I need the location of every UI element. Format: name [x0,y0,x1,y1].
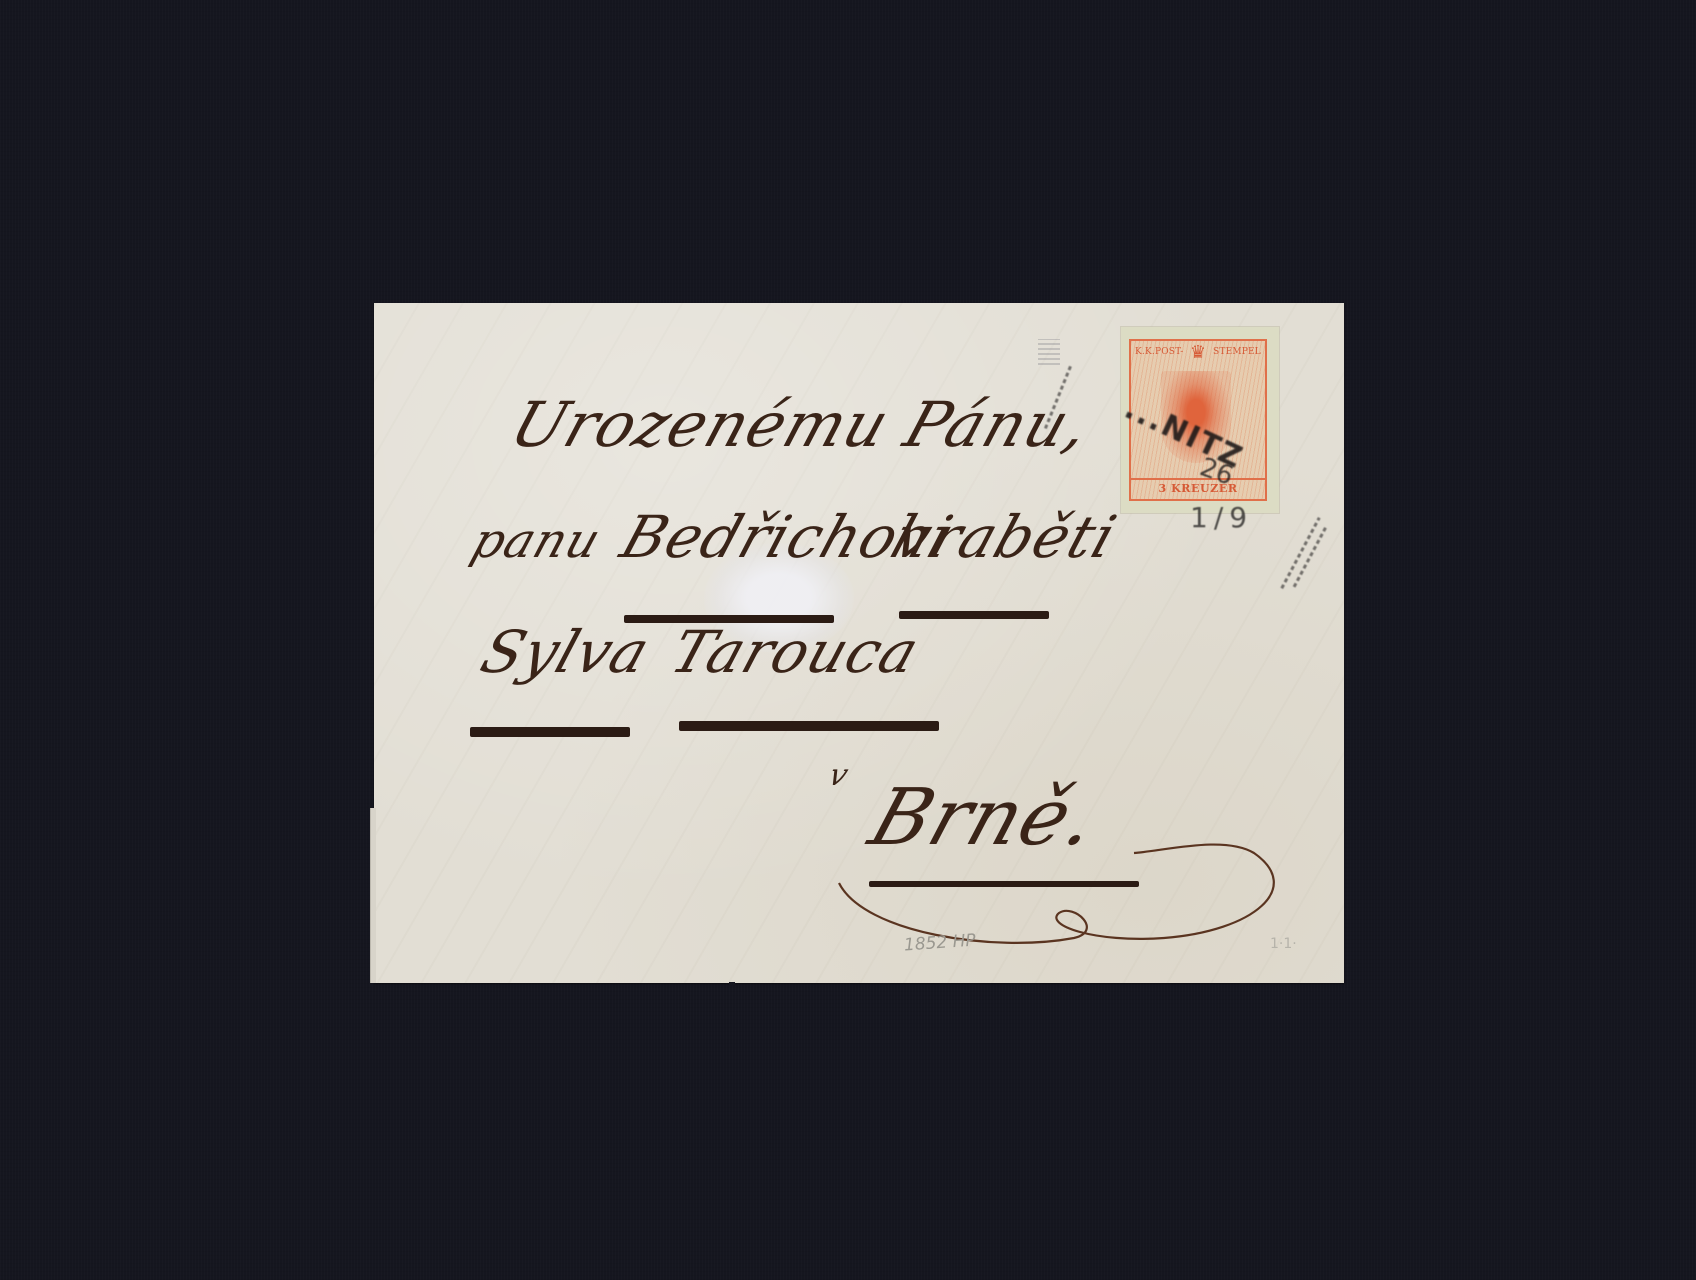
left-fold-edge [370,808,376,983]
address-salutation: Urozenému Pánu, [502,388,1100,461]
address-surname-1: Sylva [473,618,659,686]
stamp-value: 3 KREUZER [1131,478,1265,495]
underline [899,611,1049,619]
address-title: hraběti [883,503,1125,571]
underline [679,721,939,731]
underline [470,727,630,737]
stamp-frame: K.K.POST- STEMPEL ♛ 3 KREUZER [1129,339,1267,501]
faint-handstamp [1038,339,1060,365]
underline [624,615,834,623]
crown-icon: ♛ [1183,343,1213,363]
address-surname-2: Tarouca [663,618,928,686]
paper-nick [729,982,735,985]
address-prefix: panu [465,513,608,569]
cancel-stroke [1280,517,1320,589]
coat-of-arms-icon [1161,371,1231,463]
postage-stamp: K.K.POST- STEMPEL ♛ 3 KREUZER [1121,327,1279,513]
stamp-header-left: K.K.POST- [1135,347,1183,357]
pencil-annotation-right: 1·1· [1270,936,1297,952]
letter-cover: K.K.POST- STEMPEL ♛ 3 KREUZER ...NITZ 26… [374,303,1344,983]
address-preposition: v [824,758,853,793]
stamp-header-right: STEMPEL [1213,347,1261,357]
